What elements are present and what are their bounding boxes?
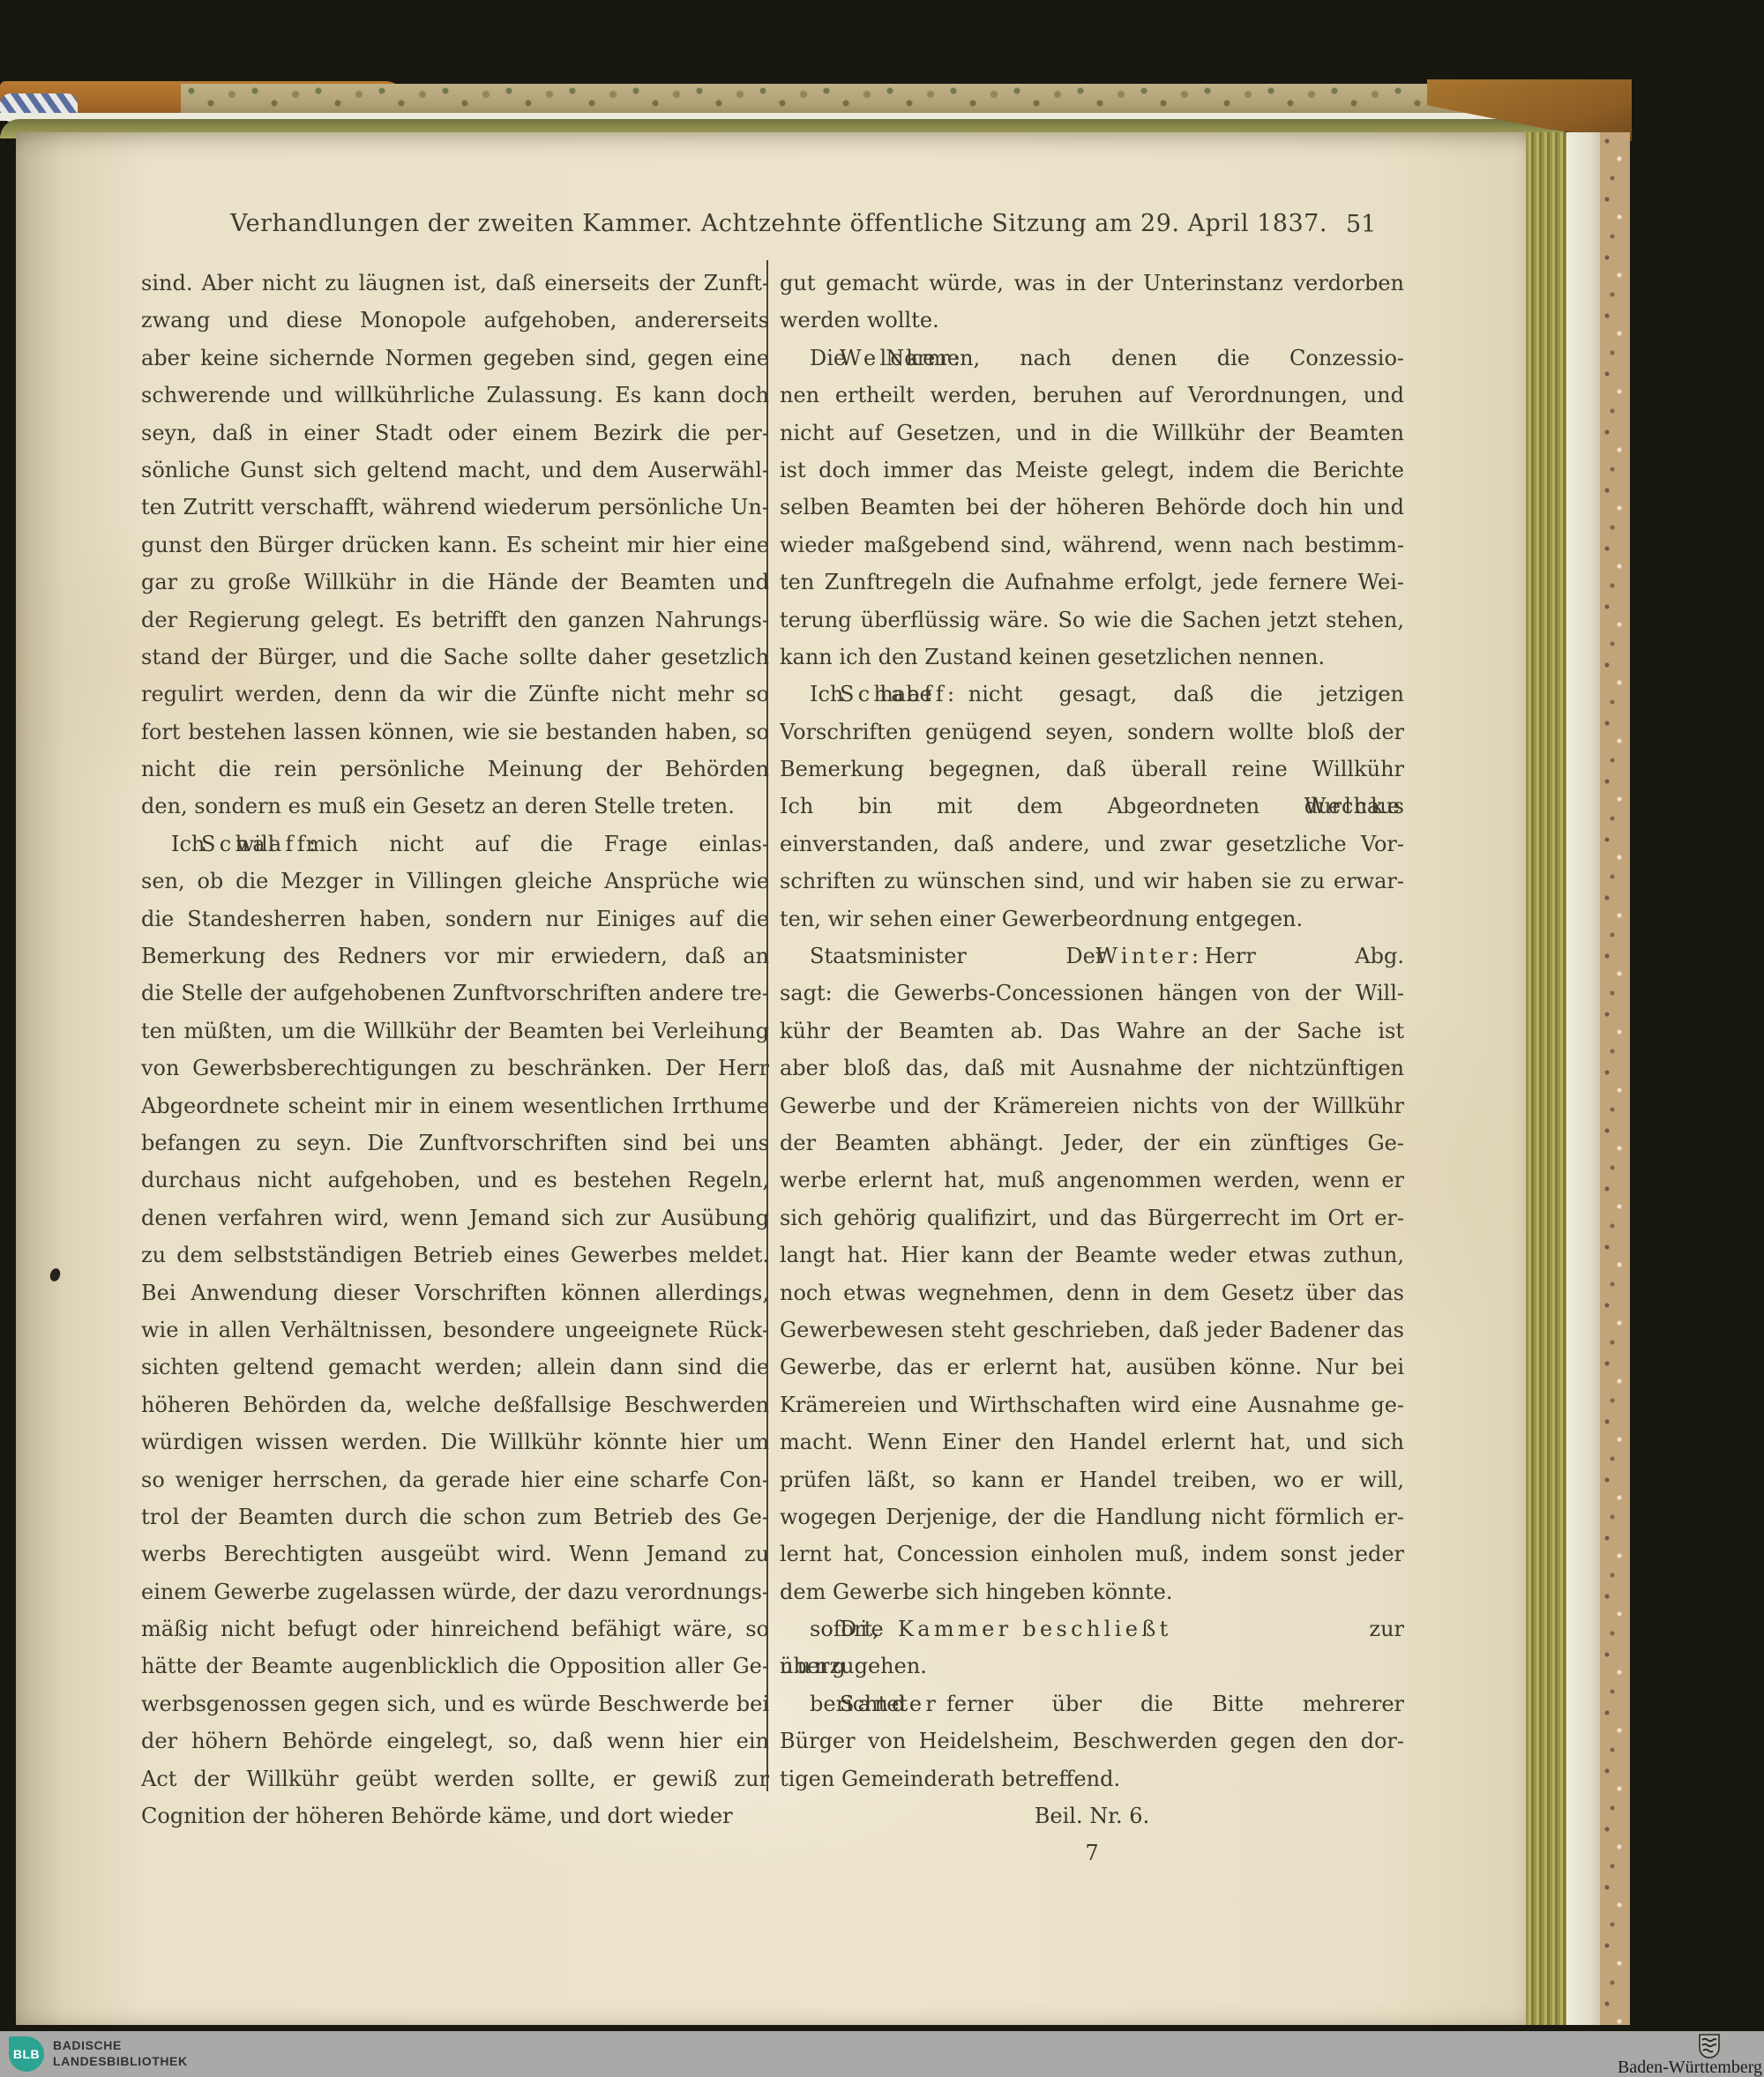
text-line: würdigen wissen werden. Die Willkühr kön…	[141, 1423, 769, 1461]
text-line: noch etwas wegnehmen, denn in dem Gesetz…	[780, 1274, 1404, 1311]
text-line: Bürger von Heidelsheim, Beschwerden gege…	[780, 1722, 1404, 1759]
emphasized-text: Schaaff:	[171, 826, 319, 863]
text-line: den, sondern es muß ein Gesetz an deren …	[141, 788, 769, 825]
text-line: Staatsminister Winter: Der Herr Abg. Wel…	[780, 938, 1404, 975]
page-number: 51	[1346, 211, 1408, 238]
text-line: fort bestehen lassen können, wie sie bes…	[141, 714, 769, 751]
baden-wuerttemberg-coat-of-arms-icon	[1697, 2033, 1722, 2059]
emphasized-text: Welcker	[1304, 788, 1404, 825]
text-line: schwerende und willkührliche Zulassung. …	[141, 377, 769, 414]
text-line: so weniger herrschen, da gerade hier ein…	[141, 1461, 769, 1498]
library-name: BADISCHE LANDESBIBLIOTHEK	[53, 2037, 406, 2069]
text-line: gunst den Bürger drücken kann. Es schein…	[141, 527, 769, 564]
margin-ink-spot	[49, 1267, 62, 1283]
emphasized-text: Die Kammer beschließt	[810, 1610, 1172, 1647]
text-line: Sander berichtet ferner über die Bitte m…	[780, 1685, 1404, 1722]
emphasized-text: Schaaff:	[810, 676, 958, 713]
text-line: Krämereien und Wirthschaften wird eine A…	[780, 1386, 1404, 1423]
text-line: werden wollte.	[780, 302, 1404, 339]
blb-logo-icon: BLB	[9, 2036, 44, 2072]
text-line: einem Gewerbe zugelassen würde, der dazu…	[141, 1573, 769, 1610]
emphasized-text: Winter:	[1065, 938, 1202, 975]
emphasized-text: Sander	[810, 1685, 939, 1722]
library-footer-bar: BLB BADISCHE LANDESBIBLIOTHEK Baden-Würt…	[0, 2031, 1764, 2077]
endpaper-edge	[1566, 132, 1600, 2025]
text-line: die Standesherren haben, sondern nur Ein…	[141, 900, 769, 938]
text-line: zwang und diese Monopole aufgehoben, and…	[141, 302, 769, 339]
text-line: Bemerkung begegnen, daß überall reine Wi…	[780, 751, 1404, 788]
text-line: prüfen läßt, so kann er Handel treiben, …	[780, 1461, 1404, 1498]
text-line: gut gemacht würde, was in der Unterinsta…	[780, 265, 1404, 302]
text-line: Bemerkung des Redners vor mir erwiedern,…	[141, 938, 769, 975]
text-line: Abgeordnete scheint mir in einem wesentl…	[141, 1087, 769, 1124]
text-line: lernt hat, Concession einholen muß, inde…	[780, 1535, 1404, 1573]
text-line: seyn, daß in einer Stadt oder einem Bezi…	[141, 415, 769, 452]
text-line: nicht auf Gesetzen, und in die Willkühr …	[780, 415, 1404, 452]
text-line: sind. Aber nicht zu läugnen ist, daß ein…	[141, 265, 769, 302]
text-line: wieder maßgebend sind, während, wenn nac…	[780, 527, 1404, 564]
text-line: Bei Anwendung dieser Vorschriften können…	[141, 1274, 769, 1311]
text-line: gar zu große Willkühr in die Hände der B…	[141, 564, 769, 601]
text-line: Vorschriften genügend seyen, sondern wol…	[780, 714, 1404, 751]
text-line: aber keine sichernde Normen gegeben sind…	[141, 340, 769, 377]
text-line: zu dem selbstständigen Betrieb eines Gew…	[141, 1236, 769, 1274]
text-line: dem Gewerbe sich hingeben könnte.	[780, 1573, 1404, 1610]
text-line: sönliche Gunst sich geltend macht, und d…	[141, 452, 769, 489]
text-line: Beil. Nr. 6.	[780, 1797, 1404, 1834]
text-line: durchaus nicht aufgehoben, und es besteh…	[141, 1162, 769, 1199]
text-line: selben Beamten bei der höheren Behörde d…	[780, 489, 1404, 526]
text-line: sagt: die Gewerbs-Concessionen hängen vo…	[780, 975, 1404, 1012]
text-line: werbsgenossen gegen sich, und es würde B…	[141, 1685, 769, 1722]
text-line: werbe erlernt hat, muß angenommen werden…	[780, 1162, 1404, 1199]
text-line: ten, wir sehen einer Gewerbeordnung entg…	[780, 900, 1404, 938]
text-line: sen, ob die Mezger in Villingen gleiche …	[141, 863, 769, 900]
scanned-page: Verhandlungen der zweiten Kammer. Achtze…	[16, 132, 1526, 2025]
text-line: langt hat. Hier kann der Beamte weder et…	[780, 1236, 1404, 1274]
text-line: Schaaff: Ich habe nicht gesagt, daß die …	[780, 676, 1404, 713]
library-name-line1: BADISCHE	[53, 2037, 406, 2053]
marbled-cover-edge	[1600, 132, 1630, 2025]
library-name-line2: LANDESBIBLIOTHEK	[53, 2053, 406, 2069]
text-line: Welcker: Die Normen, nach denen die Conz…	[780, 340, 1404, 377]
text-line: denen verfahren wird, wenn Jemand sich z…	[141, 1199, 769, 1236]
text-line: Ich bin mit dem Abgeordneten Welcker dur…	[780, 788, 1404, 825]
text-line: Gewerbe und der Krämereien nichts von de…	[780, 1087, 1404, 1124]
text-line: nung überzugehen.	[780, 1647, 1404, 1685]
text-line: höheren Behörden da, welche deßfallsige …	[141, 1386, 769, 1423]
text-line: einverstanden, daß andere, und zwar gese…	[780, 826, 1404, 863]
region-name: Baden-Württemberg	[1551, 2058, 1762, 2077]
page-block-fore-edge	[1526, 132, 1566, 2025]
text-line: Schaaff: Ich will mich nicht auf die Fra…	[141, 826, 769, 863]
text-line: Die Kammer beschließt sofort, zur Tageso…	[780, 1610, 1404, 1647]
text-line: trol der Beamten durch die schon zum Bet…	[141, 1498, 769, 1535]
text-line: schriften zu wünschen sind, und wir habe…	[780, 863, 1404, 900]
text-line: Cognition der höheren Behörde käme, und …	[141, 1797, 769, 1834]
text-line: der Regierung gelegt. Es betrifft den ga…	[141, 601, 769, 639]
text-line: der höhern Behörde eingelegt, so, daß we…	[141, 1722, 769, 1759]
text-line: befangen zu seyn. Die Zunftvorschriften …	[141, 1124, 769, 1162]
text-line: hätte der Beamte augenblicklich die Oppo…	[141, 1647, 769, 1685]
text-line: ten Zutritt verschafft, während wiederum…	[141, 489, 769, 526]
text-line: stand der Bürger, und die Sache sollte d…	[141, 639, 769, 676]
text-line: kühr der Beamten ab. Das Wahre an der Sa…	[780, 1012, 1404, 1050]
text-line: mäßig nicht befugt oder hinreichend befä…	[141, 1610, 769, 1647]
text-line: wie in allen Verhältnissen, besondere un…	[141, 1311, 769, 1349]
text-line: regulirt werden, denn da wir die Zünfte …	[141, 676, 769, 713]
text-line: Gewerbewesen steht geschrieben, daß jede…	[780, 1311, 1404, 1349]
text-line: 7	[780, 1834, 1404, 1872]
text-line: Gewerbe, das er erlernt hat, ausüben kön…	[780, 1349, 1404, 1386]
text-line: ten Zunftregeln die Aufnahme erfolgt, je…	[780, 564, 1404, 601]
text-line: von Gewerbsberechtigungen zu beschränken…	[141, 1050, 769, 1087]
book-scan-viewer: Verhandlungen der zweiten Kammer. Achtze…	[0, 0, 1764, 2077]
text-line: ist doch immer das Meiste gelegt, indem …	[780, 452, 1404, 489]
text-line: sich gehörig qualifizirt, und das Bürger…	[780, 1199, 1404, 1236]
text-line: der Beamten abhängt. Jeder, der ein zünf…	[780, 1124, 1404, 1162]
text-line: aber bloß das, daß mit Ausnahme der nich…	[780, 1050, 1404, 1087]
page-header: Verhandlungen der zweiten Kammer. Achtze…	[16, 210, 1526, 245]
text-line: sichten geltend gemacht werden; allein d…	[141, 1349, 769, 1386]
text-line: die Stelle der aufgehobenen Zunftvorschr…	[141, 975, 769, 1012]
emphasized-text: Welcker:	[810, 340, 964, 377]
text-line: nicht die rein persönliche Meinung der B…	[141, 751, 769, 788]
marbled-cover-top-edge	[181, 84, 1504, 116]
text-line: werbs Berechtigten ausgeübt wird. Wenn J…	[141, 1535, 769, 1573]
text-line: kann ich den Zustand keinen gesetzlichen…	[780, 639, 1404, 676]
left-text-column: sind. Aber nicht zu läugnen ist, daß ein…	[141, 265, 769, 1879]
text-line: wogegen Derjenige, der die Handlung nich…	[780, 1498, 1404, 1535]
text-line: terung überflüssig wäre. So wie die Sach…	[780, 601, 1404, 639]
page-header-title: Verhandlungen der zweiten Kammer. Achtze…	[228, 210, 1330, 237]
text-line: Act der Willkühr geübt werden sollte, er…	[141, 1760, 769, 1797]
emphasized-text: nung	[780, 1647, 849, 1685]
right-text-column: gut gemacht würde, was in der Unterinsta…	[780, 265, 1404, 1879]
text-line: macht. Wenn Einer den Handel erlernt hat…	[780, 1423, 1404, 1461]
text-line: nen ertheilt werden, beruhen auf Verordn…	[780, 377, 1404, 414]
text-line: tigen Gemeinderath betreffend.	[780, 1760, 1404, 1797]
text-line: ten müßten, um die Willkühr der Beamten …	[141, 1012, 769, 1050]
